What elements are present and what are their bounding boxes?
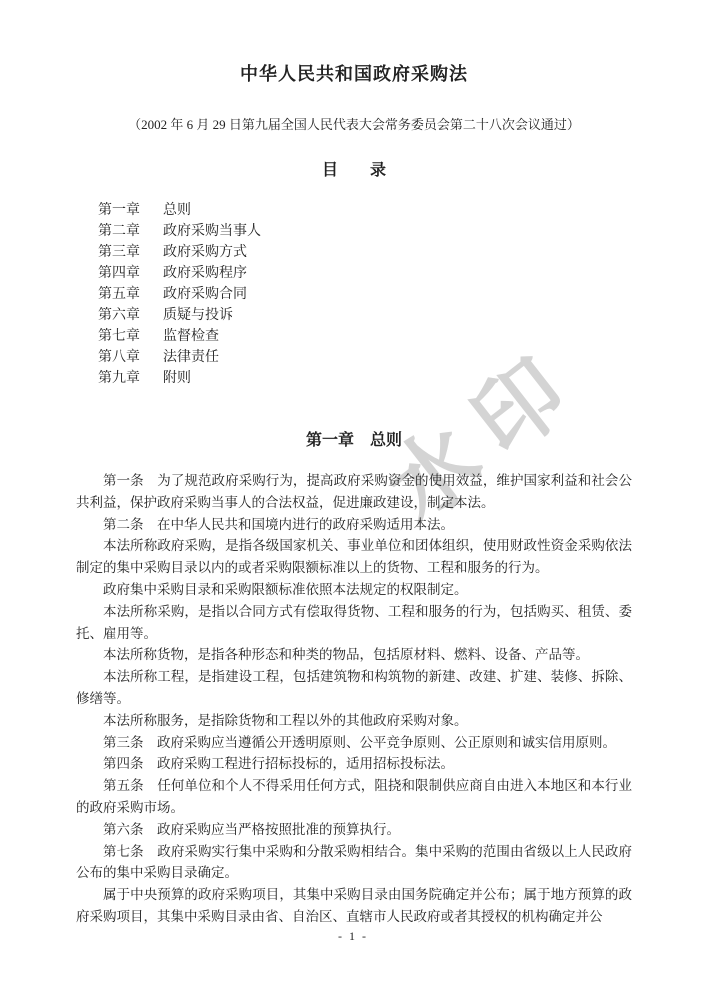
toc-chapter-label: 第四章 <box>98 263 163 284</box>
toc-chapter-label: 第五章 <box>98 284 163 305</box>
toc-row: 第四章 政府采购程序 <box>76 263 632 284</box>
toc-chapter-label: 第一章 <box>98 200 163 221</box>
body-paragraph: 政府集中采购目录和采购限额标准依照本法规定的权限制定。 <box>76 579 632 601</box>
toc-chapter-title: 质疑与投诉 <box>163 305 632 326</box>
body-paragraph: 第六条 政府采购应当严格按照批准的预算执行。 <box>76 819 632 841</box>
toc-row: 第九章 附则 <box>76 368 632 389</box>
toc-chapter-label: 第二章 <box>98 221 163 242</box>
toc-row: 第六章 质疑与投诉 <box>76 305 632 326</box>
toc-row: 第五章 政府采购合同 <box>76 284 632 305</box>
toc-chapter-label: 第八章 <box>98 347 163 368</box>
toc-heading: 目 录 <box>76 160 632 182</box>
toc-chapter-title: 法律责任 <box>163 347 632 368</box>
toc-chapter-title: 政府采购当事人 <box>163 221 632 242</box>
body-text: 第一条 为了规范政府采购行为，提高政府采购资金的使用效益，维护国家利益和社会公共… <box>76 470 632 928</box>
body-paragraph: 第五条 任何单位和个人不得采用任何方式，阻挠和限制供应商自由进入本地区和本行业的… <box>76 775 632 819</box>
body-paragraph: 第四条 政府采购工程进行招标投标的，适用招标投标法。 <box>76 753 632 775</box>
body-paragraph: 第一条 为了规范政府采购行为，提高政府采购资金的使用效益，维护国家利益和社会公共… <box>76 470 632 514</box>
document-content: 中华人民共和国政府采购法 （2002 年 6 月 29 日第九届全国人民代表大会… <box>76 0 632 928</box>
body-paragraph: 第七条 政府采购实行集中采购和分散采购相结合。集中采购的范围由省级以上人民政府公… <box>76 841 632 885</box>
toc-chapter-title: 监督检查 <box>163 326 632 347</box>
toc-row: 第二章 政府采购当事人 <box>76 221 632 242</box>
body-paragraph: 属于中央预算的政府采购项目，其集中采购目录由国务院确定并公布；属于地方预算的政府… <box>76 884 632 928</box>
body-paragraph: 第三条 政府采购应当遵循公开透明原则、公平竞争原则、公正原则和诚实信用原则。 <box>76 732 632 754</box>
toc-row: 第一章 总则 <box>76 200 632 221</box>
body-paragraph: 本法所称政府采购，是指各级国家机关、事业单位和团体组织，使用财政性资金采购依法制… <box>76 535 632 579</box>
toc-row: 第七章 监督检查 <box>76 326 632 347</box>
toc-row: 第八章 法律责任 <box>76 347 632 368</box>
toc-chapter-title: 政府采购方式 <box>163 242 632 263</box>
toc-chapter-title: 总则 <box>163 200 632 221</box>
page-number: - 1 - <box>0 929 706 943</box>
toc-chapter-label: 第三章 <box>98 242 163 263</box>
body-paragraph: 本法所称采购，是指以合同方式有偿取得货物、工程和服务的行为，包括购买、租赁、委托… <box>76 601 632 645</box>
toc-chapter-title: 附则 <box>163 368 632 389</box>
chapter-heading: 第一章 总则 <box>76 429 632 453</box>
document-title: 中华人民共和国政府采购法 <box>76 0 632 86</box>
approval-note: （2002 年 6 月 29 日第九届全国人民代表大会常务委员会第二十八次会议通… <box>76 116 632 134</box>
body-paragraph: 本法所称工程，是指建设工程，包括建筑物和构筑物的新建、改建、扩建、装修、拆除、修… <box>76 666 632 710</box>
document-page: 水印 中华人民共和国政府采购法 （2002 年 6 月 29 日第九届全国人民代… <box>0 0 706 1000</box>
toc-chapter-label: 第六章 <box>98 305 163 326</box>
toc-row: 第三章 政府采购方式 <box>76 242 632 263</box>
body-paragraph: 本法所称服务，是指除货物和工程以外的其他政府采购对象。 <box>76 710 632 732</box>
toc-chapter-title: 政府采购合同 <box>163 284 632 305</box>
toc-chapter-title: 政府采购程序 <box>163 263 632 284</box>
toc-chapter-label: 第七章 <box>98 326 163 347</box>
body-paragraph: 第二条 在中华人民共和国境内进行的政府采购适用本法。 <box>76 514 632 536</box>
toc-list: 第一章 总则 第二章 政府采购当事人 第三章 政府采购方式 第四章 政府采购程序… <box>76 200 632 389</box>
toc-chapter-label: 第九章 <box>98 368 163 389</box>
body-paragraph: 本法所称货物，是指各种形态和种类的物品，包括原材料、燃料、设备、产品等。 <box>76 644 632 666</box>
